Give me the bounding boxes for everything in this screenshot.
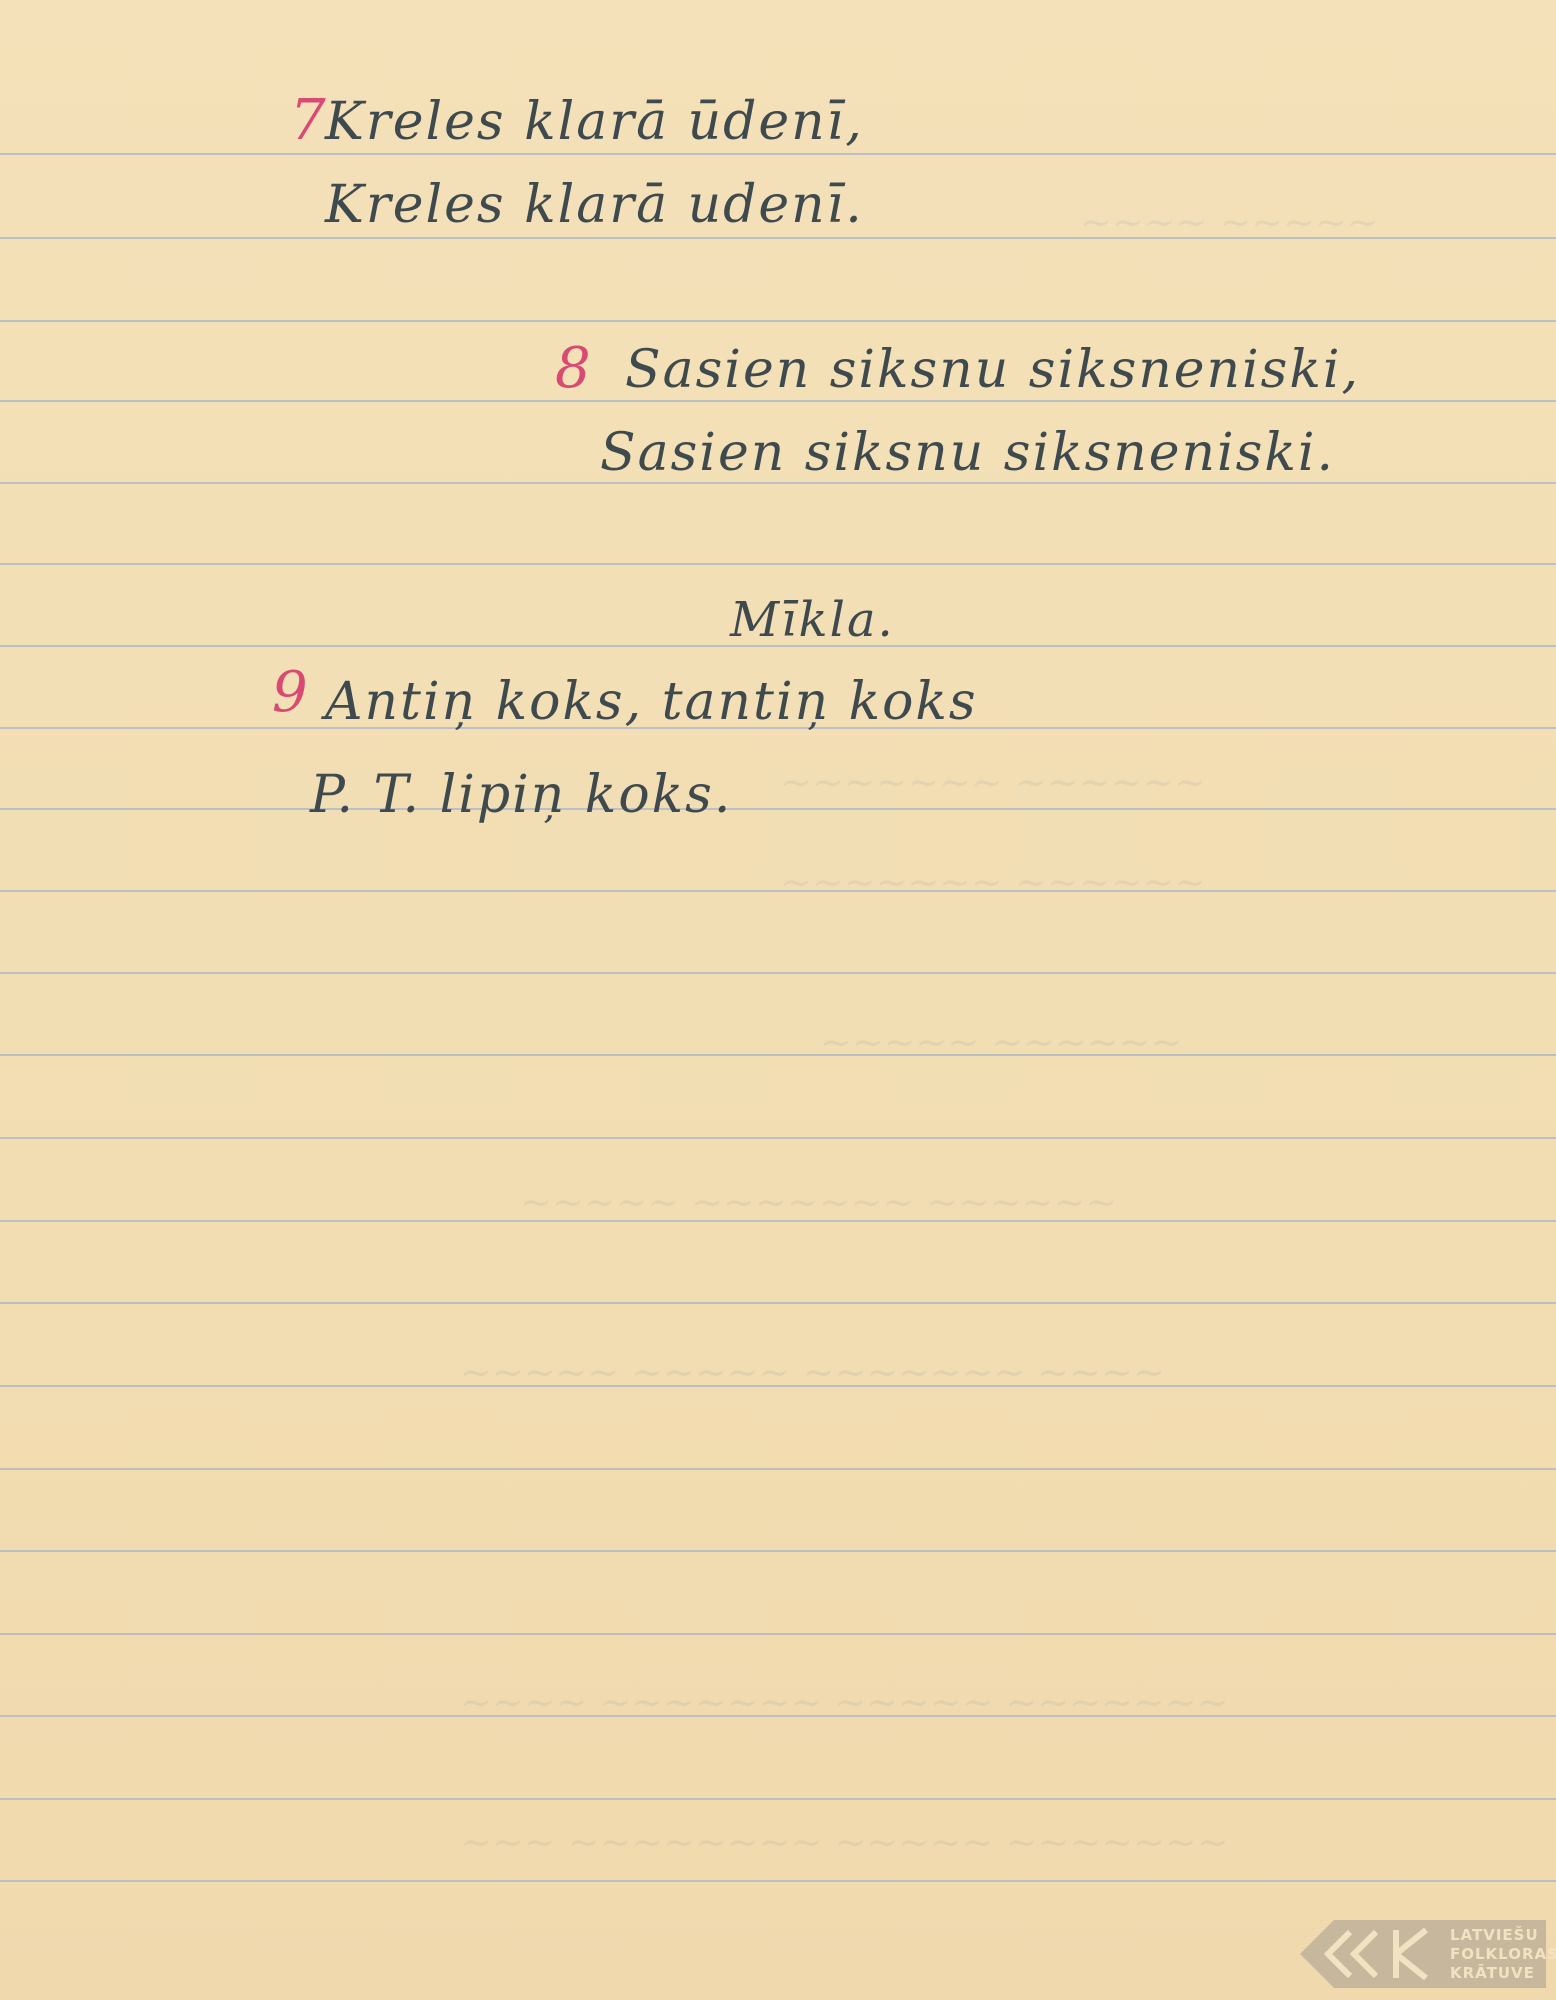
ruled-line bbox=[0, 1880, 1556, 1882]
ruled-line bbox=[0, 1468, 1556, 1470]
bleed-through-text: ~~~~~~~ ~~~~~~ bbox=[780, 860, 1206, 904]
entry-line: P. T. lipiņ koks. bbox=[310, 765, 732, 825]
bleed-through-text: ~~~~~ ~~~~~~~ ~~~~~~ bbox=[520, 1180, 1117, 1224]
ruled-line bbox=[0, 400, 1556, 402]
entry-line: Antiņ koks, tantiņ koks bbox=[325, 672, 978, 732]
entry-line: Sasien siksnu siksneniski, bbox=[625, 340, 1360, 400]
ruled-line bbox=[0, 563, 1556, 565]
bleed-through-text: ~~~~~~~ ~~~~~~ bbox=[780, 760, 1206, 804]
ruled-line bbox=[0, 1550, 1556, 1552]
bleed-through-text: ~~~~~ ~~~~~~ bbox=[820, 1020, 1182, 1064]
bleed-through-text: ~~~~ ~~~~~~~ ~~~~~ ~~~~~~~ bbox=[460, 1680, 1229, 1724]
logo-text: LATVIEŠU FOLKLORAS KRĀTUVE bbox=[1450, 1926, 1556, 1983]
bleed-through-text: ~~~~ ~~~~~ bbox=[1080, 200, 1379, 244]
ruled-line bbox=[0, 890, 1556, 892]
entry-number: 8 bbox=[555, 336, 591, 401]
ruled-line bbox=[0, 320, 1556, 322]
bleed-through-text: ~~~ ~~~~~~~~ ~~~~~ ~~~~~~~ bbox=[460, 1820, 1229, 1864]
section-heading: Mīkla. bbox=[730, 592, 895, 648]
ruled-line bbox=[0, 153, 1556, 155]
logo-line: LATVIEŠU bbox=[1450, 1926, 1556, 1945]
ruled-line bbox=[0, 972, 1556, 974]
ruled-line bbox=[0, 1054, 1556, 1056]
ruled-line bbox=[0, 808, 1556, 810]
entry-line: Kreles klarā ūdenī, bbox=[325, 92, 864, 152]
ruled-line bbox=[0, 1798, 1556, 1800]
manuscript-page: ~~~~ ~~~~~ ~~~~~~~ ~~~~~~ ~~~~~~~ ~~~~~~… bbox=[0, 0, 1556, 2000]
logo-line: KRĀTUVE bbox=[1450, 1964, 1556, 1983]
entry-line: Kreles klarā udenī. bbox=[325, 175, 864, 235]
entry-number: 9 bbox=[272, 660, 308, 725]
entry-line: Sasien siksnu siksneniski. bbox=[600, 423, 1335, 483]
ruled-line bbox=[0, 1633, 1556, 1635]
entry-number: 7 bbox=[290, 88, 326, 153]
ruled-line bbox=[0, 1137, 1556, 1139]
ruled-line bbox=[0, 1302, 1556, 1304]
logo-line: FOLKLORAS bbox=[1450, 1945, 1556, 1964]
bleed-through-text: ~~~~~ ~~~~~ ~~~~~~~ ~~~~ bbox=[460, 1350, 1165, 1394]
